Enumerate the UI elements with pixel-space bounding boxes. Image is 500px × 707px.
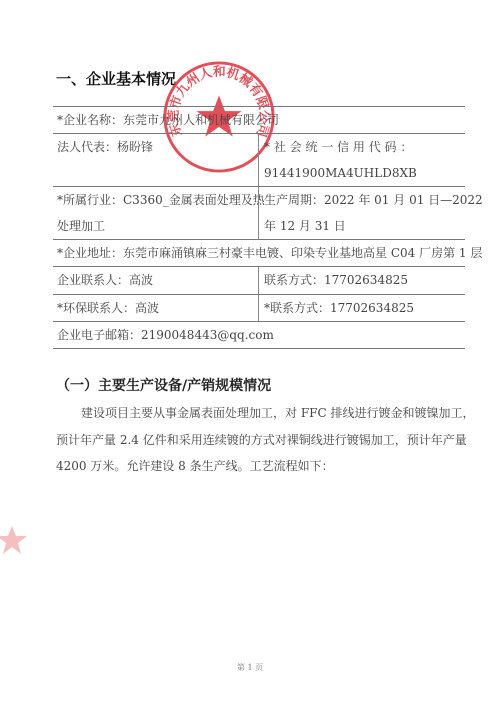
company-email: 企业电子邮箱：2190048443@qq.com	[57, 322, 465, 348]
row-address: *企业地址：东莞市麻涌镇麻三村豪丰电镀、印染专业基地高星 C04 厂房第 1 层	[53, 239, 465, 266]
industry-line2: 处理加工	[57, 213, 258, 239]
row-company-name: *企业名称：东莞市九州人和机械有限公司	[53, 106, 465, 133]
row-email: 企业电子邮箱：2190048443@qq.com	[53, 321, 465, 349]
paragraph-line-2: 预计年产量 2.4 亿件和采用连续镀的方式对裸铜线进行镀锡加工，预计年产量	[56, 427, 466, 454]
contact-phone: 联系方式：17702634825	[264, 267, 465, 293]
paragraph-line-3: 4200 万米。允许建设 8 条生产线。工艺流程如下：	[56, 453, 466, 480]
basic-info-table: *企业名称：东莞市九州人和机械有限公司 法人代表：杨盼锋 * 社 会 统 一 信…	[53, 106, 465, 349]
legal-representative: 法人代表：杨盼锋	[57, 134, 258, 160]
contact-person: 企业联系人：高波	[57, 267, 258, 293]
company-name: *企业名称：东莞市九州人和机械有限公司	[57, 107, 465, 133]
paragraph-line-1: 建设项目主要从事金属表面处理加工，对 FFC 排线进行镀金和镀镍加工，	[56, 400, 466, 427]
row-legal-rep: 法人代表：杨盼锋 * 社 会 统 一 信 用 代 码 ： 91441900MA4…	[53, 133, 465, 186]
description-paragraph: 建设项目主要从事金属表面处理加工，对 FFC 排线进行镀金和镀镍加工， 预计年产…	[56, 400, 466, 480]
section-title: 一、企业基本情况	[56, 68, 176, 89]
row-env-contact: *环保联系人：高波 *联系方式：17702634825	[53, 294, 465, 321]
credit-code-label: * 社 会 统 一 信 用 代 码 ：	[264, 134, 465, 160]
credit-code-value: 91441900MA4UHLD8XB	[264, 160, 465, 186]
page-number: 第 1 页	[0, 662, 500, 673]
company-address: *企业地址：东莞市麻涌镇麻三村豪丰电镀、印染专业基地高星 C04 厂房第 1 层	[57, 240, 465, 266]
industry-line1: *所属行业：C3360_金属表面处理及热	[57, 187, 258, 213]
row-industry: *所属行业：C3360_金属表面处理及热 处理加工 生产周期：2022 年 01…	[53, 186, 465, 239]
row-contact: 企业联系人：高波 联系方式：17702634825	[53, 266, 465, 294]
env-contact-person: *环保联系人：高波	[57, 295, 258, 321]
partial-seal-star	[0, 520, 32, 560]
production-period-line1: 生产周期：2022 年 01 月 01 日—2022	[264, 187, 465, 213]
subsection-title: （一）主要生产设备/产销规模情况	[56, 375, 271, 395]
production-period-line2: 年 12 月 31 日	[264, 213, 465, 239]
env-contact-phone: *联系方式：17702634825	[264, 295, 465, 321]
